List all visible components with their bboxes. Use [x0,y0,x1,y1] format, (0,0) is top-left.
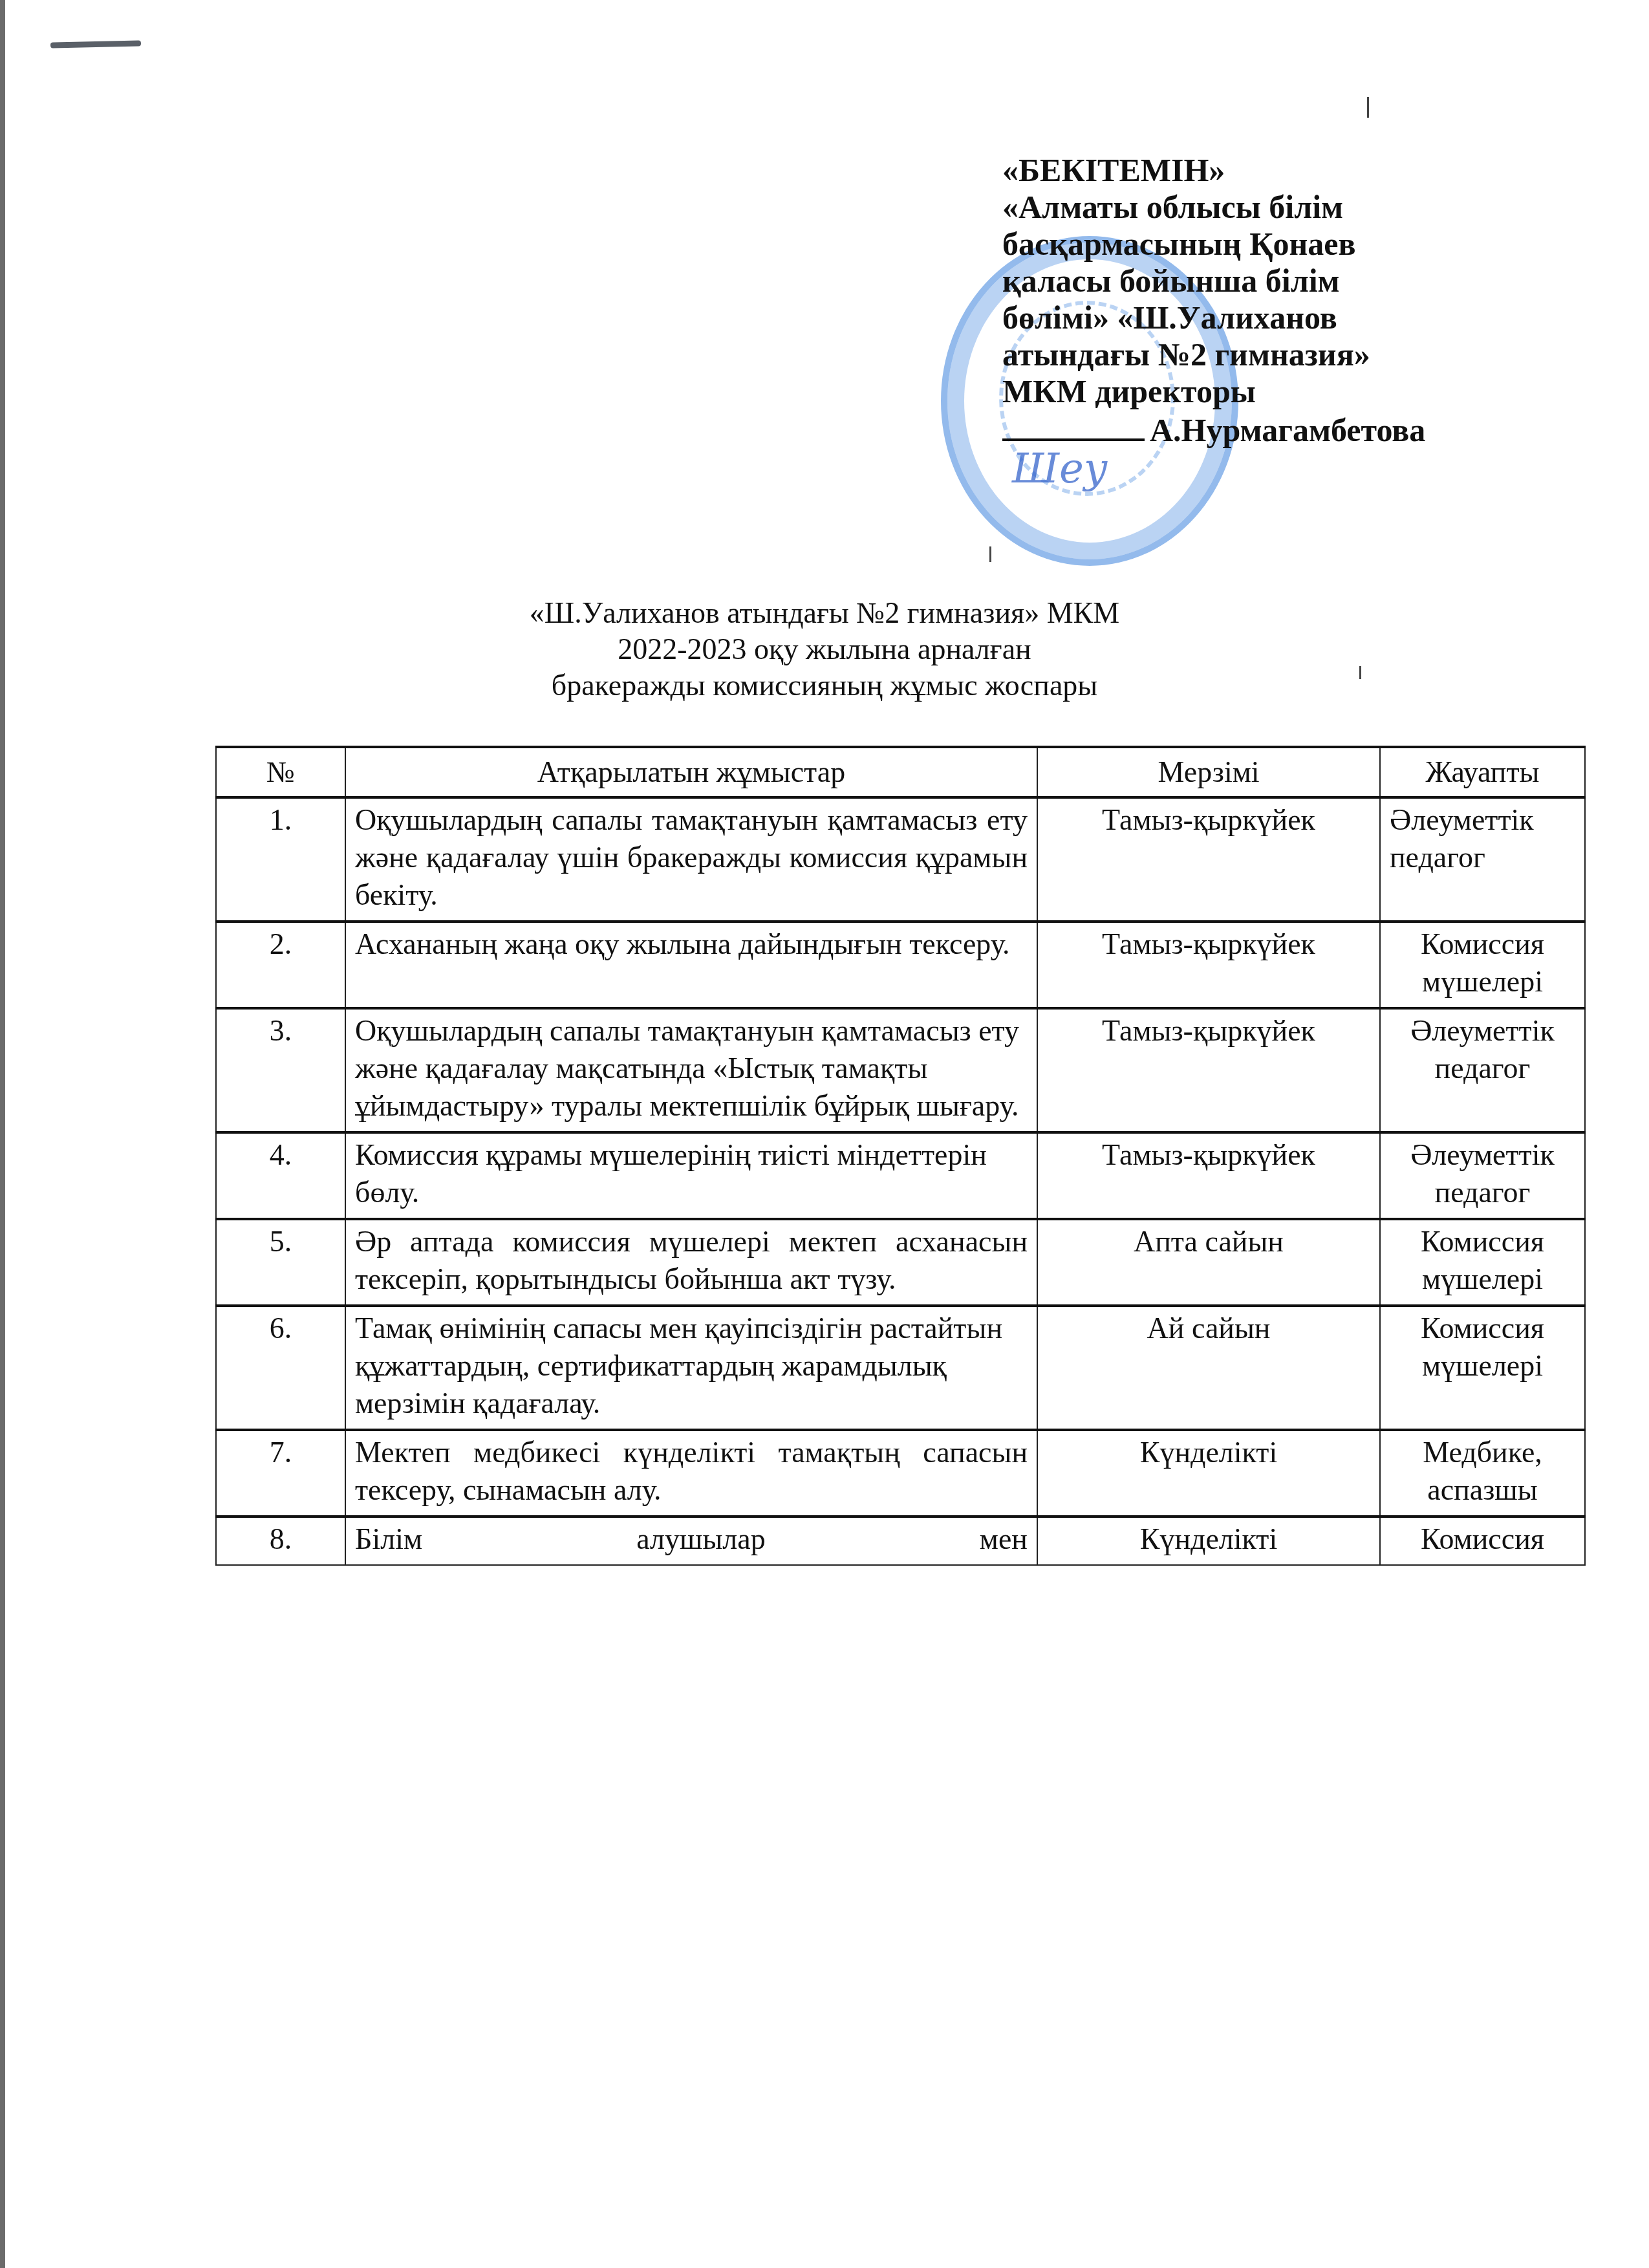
row-term: Ай сайын [1037,1306,1380,1430]
row-responsible: Әлеуметтік педагог [1380,1008,1585,1132]
row-responsible: Медбике, аспазшы [1380,1430,1585,1517]
table-header-row: № Атқарылатын жұмыстар Мерзімі Жауапты [216,747,1585,797]
scan-speck [989,546,991,562]
row-work: Мектеп медбикесі күнделікті тамақтың сап… [345,1430,1037,1517]
title-line: бракеражды комиссияның жұмыс жоспары [356,667,1293,704]
row-work: Тамақ өнімінің сапасы мен қауіпсіздігін … [345,1306,1037,1430]
table-row: 5. Әр аптада комиссия мүшелері мектеп ас… [216,1219,1585,1306]
title-line: 2022-2023 оқу жылына арналған [356,631,1293,667]
document-title: «Ш.Уалиханов атындағы №2 гимназия» МКМ 2… [356,595,1293,704]
row-number: 4. [216,1132,345,1219]
header-term: Мерзімі [1037,747,1380,797]
row-work: Білім алушылар мен [345,1517,1037,1565]
row-work: Әр аптада комиссия мүшелері мектеп асхан… [345,1219,1037,1306]
row-number: 5. [216,1219,345,1306]
header-responsible: Жауапты [1380,747,1585,797]
row-term: Күнделікті [1037,1517,1380,1565]
row-responsible: Әлеуметтік педагог [1380,797,1585,922]
row-term: Тамыз-қыркүйек [1037,1008,1380,1132]
header-work: Атқарылатын жұмыстар [345,747,1037,797]
table-row: 1. Оқушылардың сапалы тамақтануын қамтам… [216,797,1585,922]
scan-edge [0,0,5,2268]
signature-line [1002,410,1145,441]
row-work: Комиссия құрамы мүшелерінің тиісті мінде… [345,1132,1037,1219]
row-responsible: Комиссия [1380,1517,1585,1565]
table-row: 3. Оқушылардың сапалы тамақтануын қамтам… [216,1008,1585,1132]
scan-speck [1359,666,1361,679]
approval-line: атындағы №2 гимназия» [1002,336,1584,373]
scan-mark [50,41,141,49]
row-number: 3. [216,1008,345,1132]
row-responsible: Әлеуметтік педагог [1380,1132,1585,1219]
approval-line: МКМ директоры [1002,373,1584,410]
approval-heading: «БЕКІТЕМІН» [1002,152,1584,189]
row-term: Тамыз-қыркүйек [1037,797,1380,922]
table-row: 8. Білім алушылар мен Күнделікті Комисси… [216,1517,1585,1565]
row-responsible: Комиссия мүшелері [1380,1219,1585,1306]
approval-line: «Алматы облысы білім [1002,189,1584,226]
signatory-name: А.Нурмагамбетова [1150,412,1425,448]
row-term: Апта сайын [1037,1219,1380,1306]
title-line: «Ш.Уалиханов атындағы №2 гимназия» МКМ [356,595,1293,631]
row-number: 8. [216,1517,345,1565]
table-row: 2. Асхананың жаңа оқу жылына дайындығын … [216,922,1585,1008]
handwritten-signature: Шеу [1012,446,1128,491]
row-term: Күнделікті [1037,1430,1380,1517]
header-number: № [216,747,345,797]
table-row: 7. Мектеп медбикесі күнделікті тамақтың … [216,1430,1585,1517]
row-number: 6. [216,1306,345,1430]
table-row: 4. Комиссия құрамы мүшелерінің тиісті мі… [216,1132,1585,1219]
row-number: 2. [216,922,345,1008]
work-plan-table: № Атқарылатын жұмыстар Мерзімі Жауапты 1… [215,746,1586,1566]
approval-block: «БЕКІТЕМІН» «Алматы облысы білім басқарм… [1002,152,1584,449]
row-number: 1. [216,797,345,922]
signatory-line: А.Нурмагамбетова [1002,410,1584,449]
approval-line: бөлімі» «Ш.Уалиханов [1002,299,1584,336]
table-row: 6. Тамақ өнімінің сапасы мен қауіпсіздіг… [216,1306,1585,1430]
scan-speck [1367,97,1369,118]
approval-line: басқармасының Қонаев [1002,226,1584,263]
row-work: Оқушылардың сапалы тамақтануын қамтамасы… [345,1008,1037,1132]
row-work: Асхананың жаңа оқу жылына дайындығын тек… [345,922,1037,1008]
row-term: Тамыз-қыркүйек [1037,922,1380,1008]
row-responsible: Комиссия мүшелері [1380,1306,1585,1430]
approval-line: қаласы бойынша білім [1002,263,1584,299]
row-number: 7. [216,1430,345,1517]
row-responsible: Комиссия мүшелері [1380,922,1585,1008]
row-work: Оқушылардың сапалы тамақтануын қамтамасы… [345,797,1037,922]
row-term: Тамыз-қыркүйек [1037,1132,1380,1219]
